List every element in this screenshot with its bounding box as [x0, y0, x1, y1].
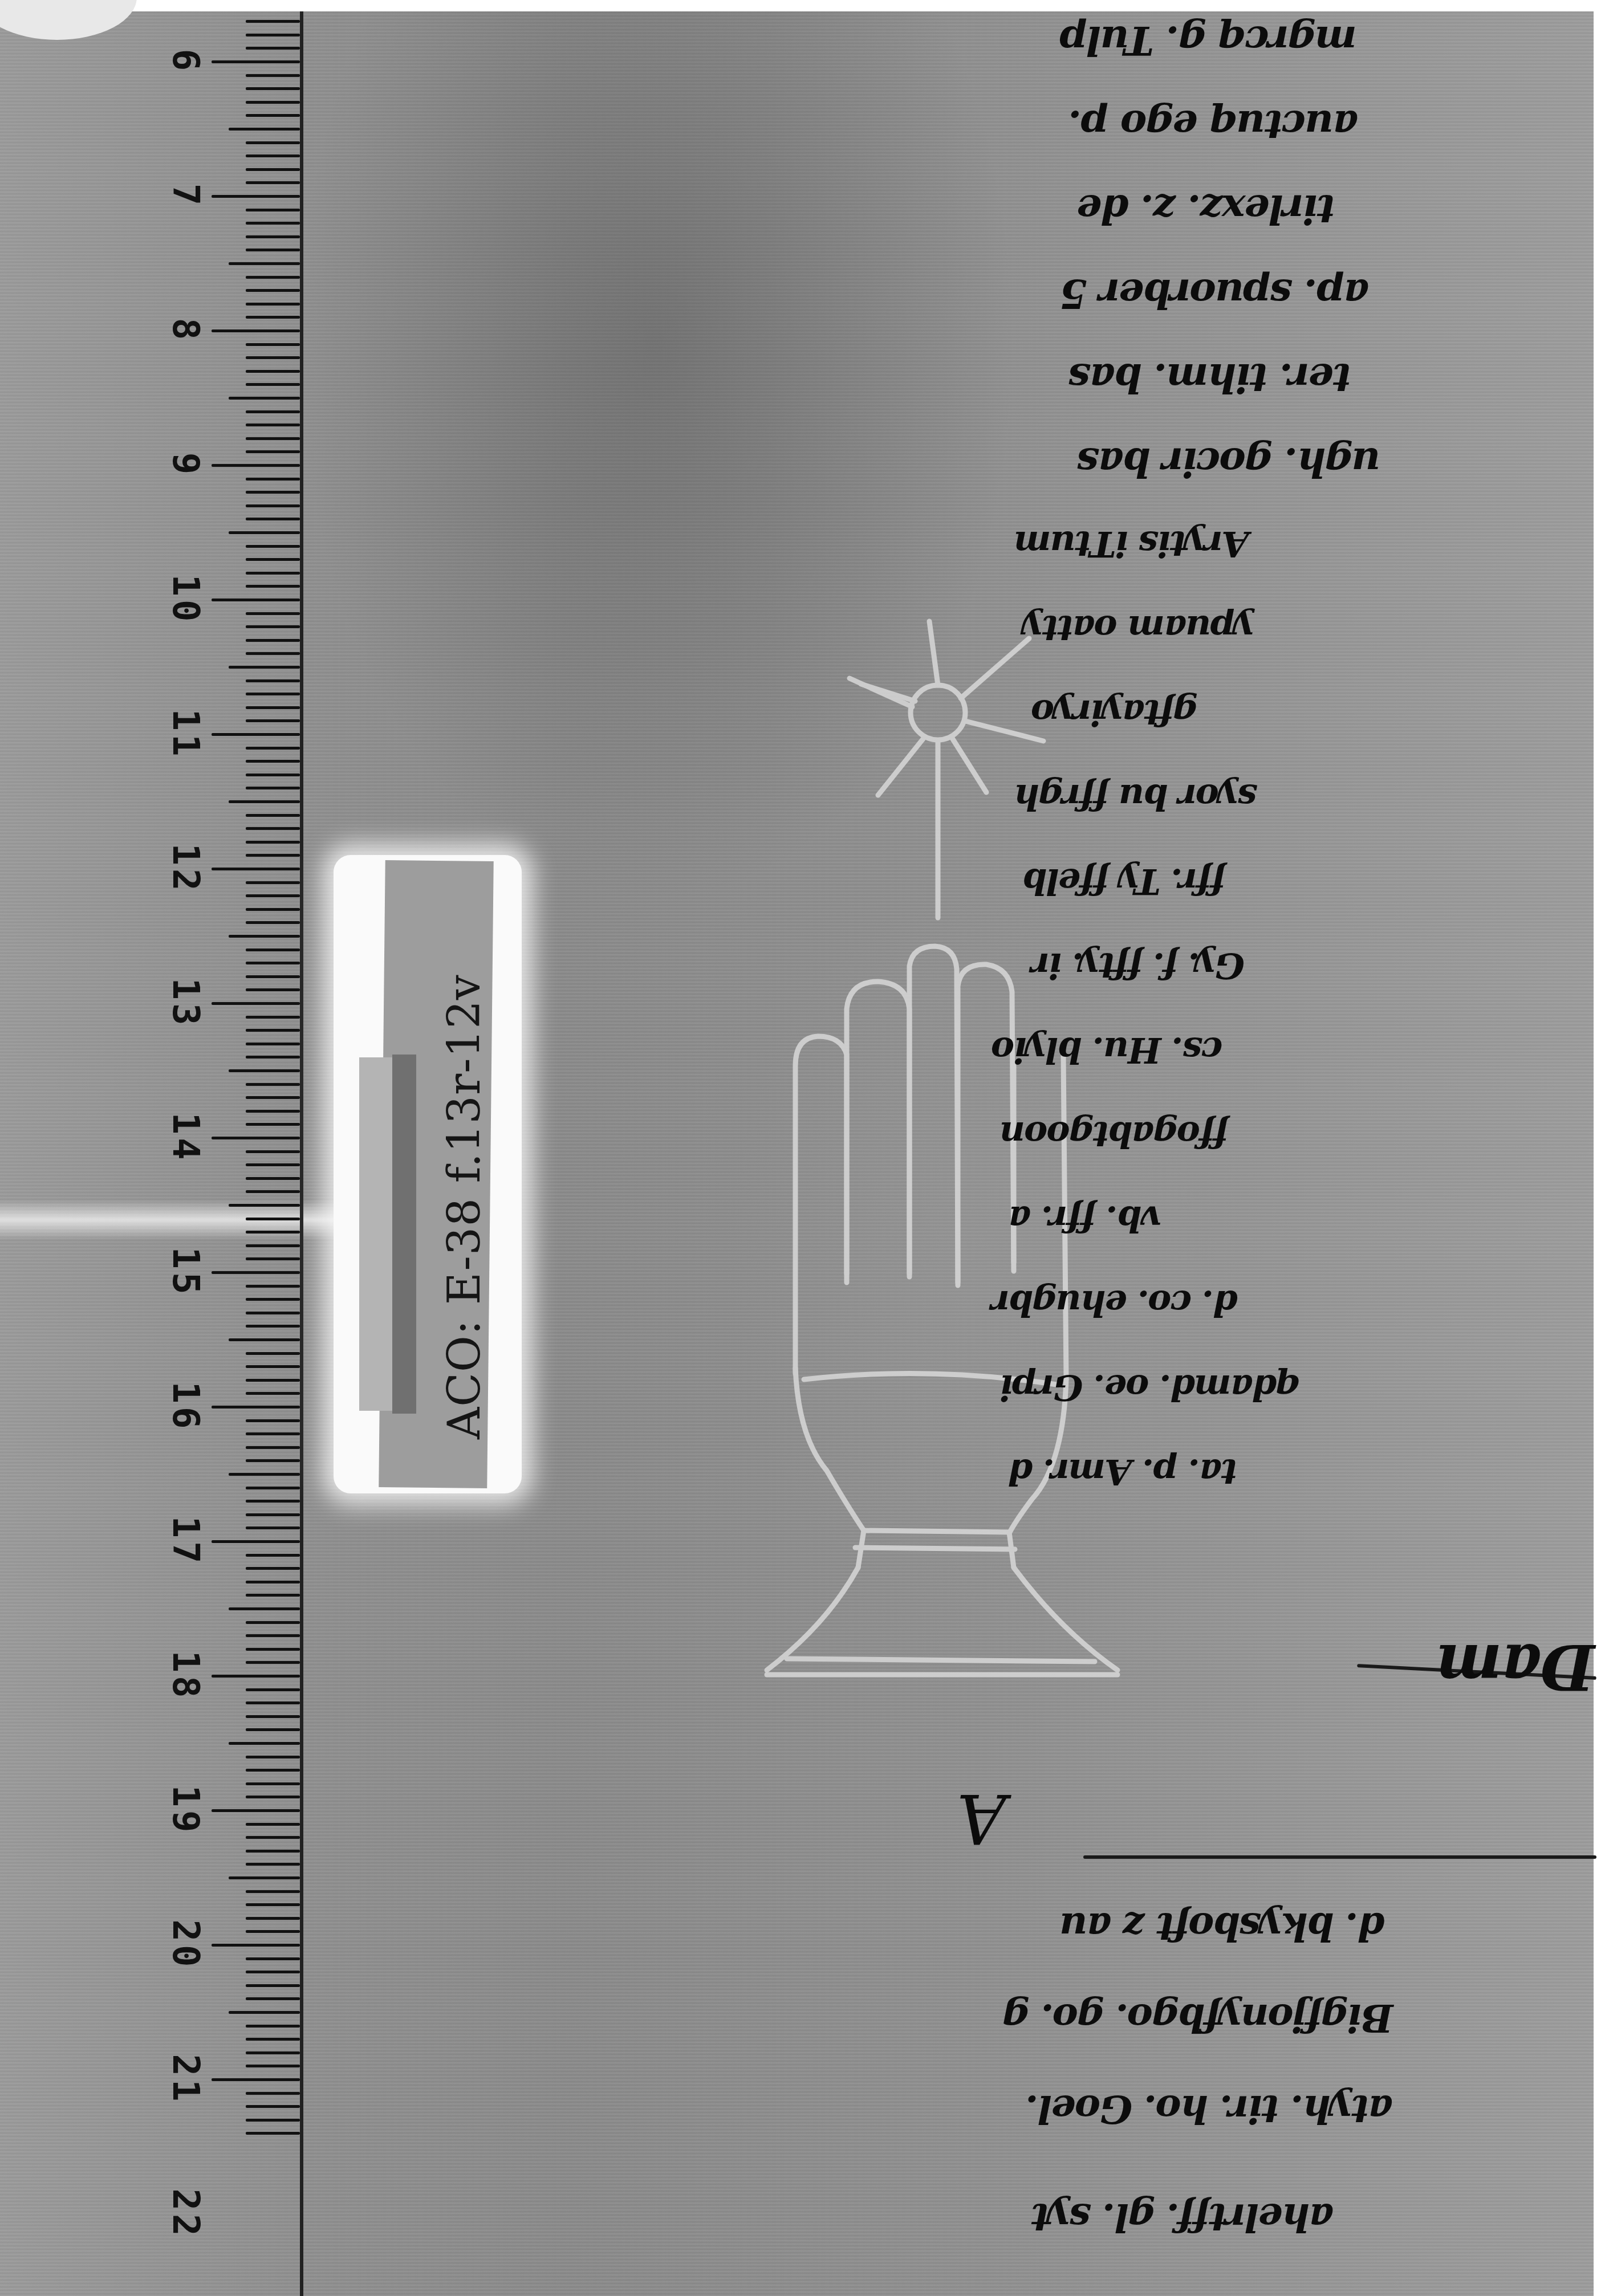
shelfmark-text: ACO: E-38 f.13r-12v: [436, 835, 493, 1439]
ruler-mm-tick: [246, 1029, 300, 1032]
handwriting-line: ypuam oatty: [1023, 608, 1254, 649]
ruler-half-tick: [229, 1607, 300, 1610]
ruler-mm-tick: [246, 34, 300, 36]
handwriting-line: ugh. gocir bas: [1078, 439, 1380, 486]
ruler-half-tick: [229, 128, 300, 131]
ruler-mm-tick: [246, 356, 300, 359]
manuscript-text-block: mgrcq g. Tulpauctuq ego p.tirlexz. z. de…: [1015, 0, 1596, 2296]
ruler-mm-tick: [246, 1365, 300, 1368]
ruler-cm-label: 18: [162, 1633, 208, 1719]
ruler-half-tick: [229, 531, 300, 534]
ruler-mm-tick: [246, 975, 300, 978]
ruler-mm-tick: [246, 2105, 300, 2108]
ruler-mm-tick: [246, 1419, 300, 1422]
ruler-mm-tick: [246, 679, 300, 682]
ruler-cm-tick: [212, 329, 300, 332]
ruler-mm-tick: [246, 652, 300, 655]
ruler-mm-tick: [246, 572, 300, 575]
signature-mark: Dam: [1437, 1630, 1595, 1704]
ruler-mm-tick: [246, 1325, 300, 1328]
ruler-mm-tick: [246, 316, 300, 319]
ruler-mm-tick: [246, 383, 300, 386]
ruler-mm-tick: [246, 1581, 300, 1583]
ruler-mm-tick: [246, 854, 300, 857]
ruler-mm-tick: [246, 625, 300, 628]
ruler-cm-tick: [212, 2078, 300, 2081]
ruler-mm-tick: [246, 1190, 300, 1193]
ruler-half-tick: [229, 397, 300, 400]
ruler-mm-tick: [246, 518, 300, 520]
centimetre-ruler: 678910111213141516171819202122: [0, 0, 308, 2296]
handwriting-line: tirlexz. z. de: [1078, 186, 1335, 233]
handwriting-line: gftayiryo: [1032, 692, 1197, 734]
ruler-mm-tick: [246, 2065, 300, 2067]
ruler-cm-tick: [212, 1809, 300, 1812]
ruler-mm-tick: [246, 1661, 300, 1664]
ruler-mm-tick: [246, 1500, 300, 1503]
ruler-mm-tick: [246, 827, 300, 830]
ruler-mm-tick: [246, 249, 300, 251]
ruler-mm-tick: [246, 1446, 300, 1449]
handwriting-line: Gy. f. ffty. ir: [1032, 945, 1245, 987]
ruler-mm-tick: [246, 693, 300, 695]
ruler-mm-tick: [246, 921, 300, 924]
ruler-mm-tick: [246, 719, 300, 722]
ruler-cm-label: 17: [162, 1499, 208, 1584]
ruler-cm-tick: [212, 60, 300, 63]
ruler-mm-tick: [246, 1621, 300, 1624]
ruler-mm-tick: [246, 1379, 300, 1382]
ruler-mm-tick: [246, 1769, 300, 1772]
ruler-mm-tick: [246, 1459, 300, 1462]
ruler-mm-tick: [246, 1150, 300, 1153]
ruled-line: [1083, 1855, 1596, 1859]
handwriting-line: ffr. Ty ffelb: [1023, 861, 1225, 902]
ruler-mm-tick: [246, 1594, 300, 1597]
ruler-mm-tick: [246, 1567, 300, 1570]
ruler-half-tick: [229, 935, 300, 938]
ruler-mm-tick: [246, 908, 300, 911]
ruler-mm-tick: [246, 894, 300, 897]
ruler-cm-label: 12: [162, 826, 208, 911]
ruler-cm-label: 11: [162, 691, 208, 777]
ruler-mm-tick: [246, 1513, 300, 1516]
ruler-mm-tick: [246, 962, 300, 964]
ruler-mm-tick: [246, 1016, 300, 1019]
star-icon: [850, 621, 1043, 918]
ruler-mm-tick: [246, 760, 300, 763]
ruler-mm-tick: [246, 1728, 300, 1731]
ruler-mm-tick: [246, 424, 300, 426]
ruler-cm-label: 8: [162, 288, 208, 373]
handwriting-line: Bigfjonyfbgo. go. g: [1003, 1995, 1393, 2041]
ruler-mm-tick: [246, 20, 300, 23]
ruler-mm-tick: [246, 478, 300, 481]
ruler-mm-tick: [246, 1352, 300, 1355]
ruler-mm-tick: [246, 74, 300, 77]
ruler-cm-tick: [212, 1944, 300, 1947]
ruler-cm-label: 6: [162, 19, 208, 104]
ruler-mm-tick: [246, 1756, 300, 1758]
ruler-cm-tick: [212, 1271, 300, 1274]
handwriting-line: ter. tihm. bas: [1069, 355, 1351, 402]
ruler-mm-tick: [246, 2092, 300, 2095]
ruler-cm-label: 15: [162, 1230, 208, 1315]
ruler-half-tick: [229, 262, 300, 265]
handwriting-line: vb. ffr. a: [1009, 1198, 1161, 1240]
ruler-mm-tick: [246, 1997, 300, 2000]
handwriting-line: ap. spuorber 5: [1060, 270, 1369, 317]
ruler-mm-tick: [246, 1863, 300, 1866]
ruler-mm-tick: [246, 1688, 300, 1691]
ruler-cm-label: 20: [162, 1902, 208, 1988]
ruler-mm-tick: [246, 141, 300, 144]
ruler-mm-tick: [246, 1056, 300, 1059]
ruler-cm-tick: [212, 1002, 300, 1005]
ruler-cm-tick: [212, 464, 300, 467]
ruler-mm-tick: [246, 1850, 300, 1853]
ruler-mm-tick: [246, 450, 300, 453]
ruler-mm-tick: [246, 154, 300, 157]
ruler-cm-tick: [212, 599, 300, 601]
ruler-mm-tick: [246, 1218, 300, 1220]
ruler-mm-tick: [246, 2038, 300, 2041]
ruler-mm-tick: [246, 814, 300, 817]
ruler-cm-label: 10: [162, 557, 208, 642]
ruler-mm-tick: [246, 988, 300, 991]
ruler-mm-tick: [246, 1796, 300, 1798]
ruler-cm-tick: [212, 1406, 300, 1408]
ruler-mm-tick: [246, 1285, 300, 1288]
ruler-cm-tick: [212, 195, 300, 198]
ruler-cm-label: 9: [162, 422, 208, 508]
ruler-mm-tick: [246, 1110, 300, 1113]
handwriting-line: A: [958, 1778, 1006, 1858]
ruler-mm-tick: [246, 558, 300, 561]
ruler-cm-tick: [212, 1675, 300, 1678]
ruler-half-tick: [229, 1204, 300, 1207]
handwriting-line: Arytis iTtum: [1015, 523, 1249, 565]
ruler-mm-tick: [246, 2119, 300, 2122]
ruler-mm-tick: [246, 491, 300, 494]
ruler-cm-label: 16: [162, 1364, 208, 1450]
handwriting-line: mgrcq g. Tulp: [1060, 17, 1357, 64]
handwriting-line: d. bkysboft z au: [1060, 1904, 1384, 1949]
ruler-mm-tick: [246, 1823, 300, 1826]
ruler-mm-tick: [246, 303, 300, 306]
handwriting-line: d. co. ehugbr: [992, 1283, 1238, 1324]
ruler-half-tick: [229, 1473, 300, 1476]
ruler-mm-tick: [246, 1903, 300, 1906]
ruler-half-tick: [229, 800, 300, 803]
handwriting-line: qdamd. oe. Grpi: [1001, 1367, 1301, 1408]
ruler-half-tick: [229, 1069, 300, 1072]
ruler-mm-tick: [246, 1971, 300, 1973]
ruler-mm-tick: [246, 1701, 300, 1704]
ruler-mm-tick: [246, 2051, 300, 2054]
ruler-mm-tick: [246, 706, 300, 709]
ruler-mm-tick: [246, 289, 300, 292]
handwriting-line: auctuq ego p.: [1069, 101, 1358, 149]
ruler-mm-tick: [246, 222, 300, 225]
ruler-cm-label: 13: [162, 960, 208, 1046]
ruler-mm-tick: [246, 1957, 300, 1960]
ruler-mm-tick: [246, 1298, 300, 1301]
handwriting-line: ahelrtff. gl. syt: [1032, 2195, 1334, 2240]
ruler-mm-tick: [246, 181, 300, 184]
ruler-mm-tick: [246, 585, 300, 588]
ruler-mm-tick: [246, 1554, 300, 1557]
ruler-mm-tick: [246, 235, 300, 238]
ruler-mm-tick: [246, 1177, 300, 1180]
ruler-mm-tick: [246, 1096, 300, 1099]
handwriting-line: syor bu ffrgh: [1015, 776, 1257, 818]
ruler-mm-tick: [246, 1231, 300, 1234]
ruler-half-tick: [229, 1338, 300, 1341]
ruler-mm-tick: [246, 437, 300, 440]
ruler-mm-tick: [246, 1432, 300, 1435]
ruler-mm-tick: [246, 881, 300, 884]
label-slip-shadow: [392, 1055, 416, 1414]
ruler-half-tick: [229, 666, 300, 669]
handwriting-line: ffogabtgoon: [1001, 1114, 1228, 1155]
handwriting-line: atyh. tir. ho. Goel.: [1026, 2086, 1393, 2132]
handwriting-line: cs. Hu. blyio: [992, 1029, 1223, 1071]
ruler-edge-line: [300, 11, 303, 2296]
ruler-mm-tick: [246, 47, 300, 50]
ruler-mm-tick: [246, 1123, 300, 1126]
ruler-cm-tick: [212, 733, 300, 736]
ruler-half-tick: [229, 1876, 300, 1879]
ruler-mm-tick: [246, 1083, 300, 1086]
ruler-mm-tick: [246, 101, 300, 104]
handwriting-line: ta. p. Amr. d: [1009, 1451, 1237, 1493]
ruler-mm-tick: [246, 1917, 300, 1920]
ruler-mm-tick: [246, 209, 300, 211]
ruler-mm-tick: [246, 1163, 300, 1166]
ruler-mm-tick: [246, 1312, 300, 1314]
ruler-mm-tick: [246, 370, 300, 373]
ruler-mm-tick: [246, 410, 300, 413]
ruler-mm-tick: [246, 343, 300, 346]
ruler-mm-tick: [246, 1930, 300, 1933]
ruler-cm-label: 7: [162, 153, 208, 239]
ruler-cm-label: 22: [162, 2171, 208, 2257]
ruler-mm-tick: [246, 2132, 300, 2135]
ruler-mm-tick: [246, 1984, 300, 1987]
ruler-mm-tick: [246, 1836, 300, 1839]
ruler-mm-tick: [246, 1526, 300, 1529]
ruler-mm-tick: [246, 2025, 300, 2028]
ruler-mm-tick: [246, 114, 300, 117]
ruler-mm-tick: [246, 1634, 300, 1637]
ruler-mm-tick: [246, 1782, 300, 1785]
ruler-mm-tick: [246, 1487, 300, 1489]
ruler-mm-tick: [246, 612, 300, 615]
ruler-half-tick: [229, 1742, 300, 1745]
ruler-mm-tick: [246, 787, 300, 789]
ruler-mm-tick: [246, 545, 300, 548]
ruler-mm-tick: [246, 774, 300, 776]
ruler-mm-tick: [246, 504, 300, 507]
ruler-mm-tick: [246, 1392, 300, 1395]
ruler-cm-tick: [212, 1137, 300, 1139]
ruler-mm-tick: [246, 1043, 300, 1045]
ruler-mm-tick: [246, 1715, 300, 1718]
ruler-cm-label: 21: [162, 2037, 208, 2122]
ruler-cm-label: 14: [162, 1095, 208, 1180]
ruler-cm-tick: [212, 1540, 300, 1543]
ruler-mm-tick: [246, 1257, 300, 1260]
ruler-mm-tick: [246, 168, 300, 171]
ruler-mm-tick: [246, 948, 300, 951]
ruler-half-tick: [229, 2011, 300, 2014]
ruler-mm-tick: [246, 747, 300, 750]
ruler-mm-tick: [246, 276, 300, 279]
ruler-mm-tick: [246, 1890, 300, 1893]
ruler-mm-tick: [246, 639, 300, 642]
ruler-mm-tick: [246, 1648, 300, 1651]
ruler-mm-tick: [246, 87, 300, 90]
ruler-mm-tick: [246, 841, 300, 844]
ruler-cm-tick: [212, 868, 300, 870]
ruler-mm-tick: [246, 1244, 300, 1247]
ruler-cm-label: 19: [162, 1768, 208, 1853]
